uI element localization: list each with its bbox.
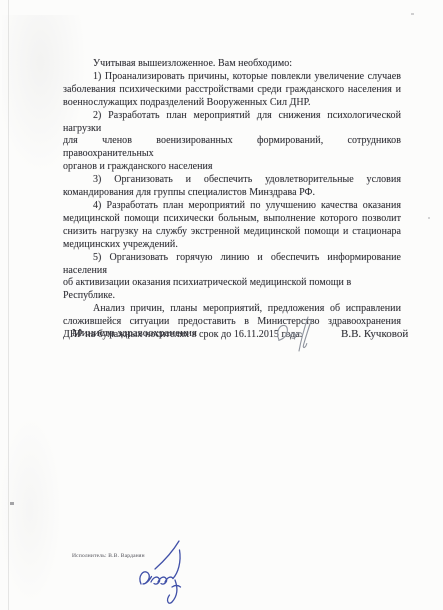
body-line: командирования для группы специалистов М… <box>63 187 401 200</box>
scan-speck <box>10 502 14 505</box>
scan-speck <box>411 13 414 15</box>
scan-smudge <box>0 420 60 600</box>
body-line: 3) Организовать и обеспечить удовлетвори… <box>63 174 401 187</box>
body-line: об активизации оказания психиатрической … <box>63 277 401 303</box>
minister-signature-icon <box>272 313 318 357</box>
body-line: 2) Разработать план мероприятий для сниж… <box>63 110 401 136</box>
scan-speck <box>428 217 430 219</box>
body-line: 4) Разработать план мероприятий по улучш… <box>63 200 401 213</box>
body-line: органов и гражданского населения <box>63 161 401 174</box>
minister-name: В.В. Кучковой <box>341 328 408 340</box>
body-line: медицинской помощи психически больным, в… <box>63 213 401 226</box>
body-line: Анализ причин, планы мероприятий, предло… <box>63 303 401 316</box>
executor-signature-icon <box>134 538 190 608</box>
body-line: 5) Организовать горячую линию и обеспечи… <box>63 252 401 278</box>
body-line: военнослужащих подразделений Вооруженных… <box>63 97 401 110</box>
document-body: Учитывая вышеизложенное. Вам необходимо:… <box>63 58 401 342</box>
body-line: Учитывая вышеизложенное. Вам необходимо: <box>63 58 401 71</box>
scanned-document-page: Учитывая вышеизложенное. Вам необходимо:… <box>0 0 443 610</box>
minister-title: Министр здравоохранения <box>72 327 197 339</box>
body-line: заболевания психическими расстройствами … <box>63 84 401 97</box>
body-line: для членов военизированных формирований,… <box>63 135 401 161</box>
body-line: 1) Проанализировать причины, которые пов… <box>63 71 401 84</box>
body-line: снизить нагрузку на службу экстренной ме… <box>63 226 401 239</box>
body-line: медицинских учреждений. <box>63 239 401 252</box>
